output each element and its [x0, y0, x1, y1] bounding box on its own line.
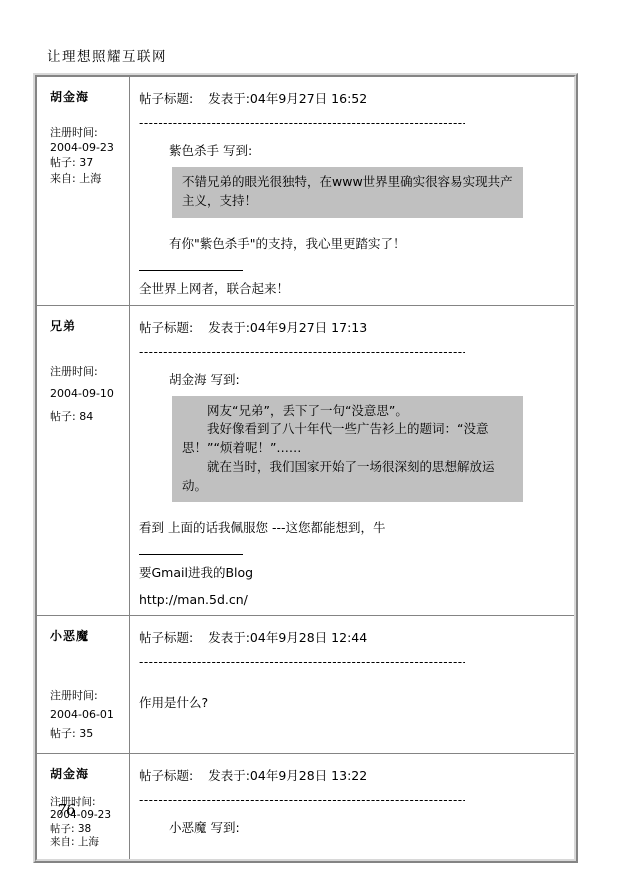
author-post-count: 帖子: 38	[50, 823, 125, 836]
author-name: 胡金海	[50, 88, 125, 105]
quote-paragraph: 就在当时，我们国家开始了一场很深刻的思想解放运动。	[182, 458, 513, 496]
quote-header: 紫色杀手 写到:	[139, 141, 562, 159]
author-registered-label: 注册时间:	[50, 361, 125, 384]
post-content-cell: 帖子标题: 发表于:04年9月28日 13:22 ---------------…	[130, 754, 574, 859]
page-title: 让理想照耀互联网	[47, 45, 167, 65]
signature-line: 全世界上网者，联合起来！	[139, 279, 562, 297]
post-row: 小恶魔 注册时间: 2004-06-01 帖子: 35 帖子标题: 发表于:04…	[37, 615, 574, 753]
signature-separator	[139, 270, 243, 271]
post-content-cell: 帖子标题: 发表于:04年9月27日 17:13 ---------------…	[130, 306, 574, 616]
post-title-label: 帖子标题:	[139, 318, 193, 336]
post-body: 有你"紫色杀手"的支持，我心里更踏实了！	[139, 234, 562, 252]
quote-header: 胡金海 写到:	[139, 370, 562, 388]
page-number: 76	[57, 803, 75, 819]
post-body: 看到 上面的话我佩服您 ---这您都能想到，牛	[139, 518, 562, 536]
quote-paragraph: 不错兄弟的眼光很独特，在www世界里确实很容易实现共产主义，支持！	[182, 173, 513, 211]
quote-header: 小恶魔 写到:	[139, 818, 562, 836]
author-info: 注册时间: 2004-06-01 帖子: 35	[50, 687, 125, 743]
post-title-line: 帖子标题: 发表于:04年9月28日 12:44	[139, 628, 562, 646]
signature-url: http://man.5d.cn/	[139, 592, 562, 607]
post-author-cell: 胡金海 注册时间: 2004-09-23 帖子: 37 来自: 上海	[37, 77, 130, 305]
author-info: 注册时间: 2004-09-10 帖子: 84	[50, 361, 125, 429]
author-name: 兄弟	[50, 317, 125, 334]
post-author-cell: 胡金海 注册时间: 2004-09-23 帖子: 38 来自: 上海	[37, 754, 130, 859]
forum-posts-table: 胡金海 注册时间: 2004-09-23 帖子: 37 来自: 上海 帖子标题:…	[33, 73, 578, 863]
post-row: 胡金海 注册时间: 2004-09-23 帖子: 37 来自: 上海 帖子标题:…	[37, 77, 574, 305]
author-post-count: 帖子: 37	[50, 155, 125, 170]
dashed-separator: ----------------------------------------…	[139, 794, 465, 807]
quote-paragraph: 网友“兄弟”，丢下了一句“没意思”。	[182, 402, 513, 421]
author-post-count: 帖子: 35	[50, 725, 125, 744]
post-date: 发表于:04年9月28日 13:22	[208, 766, 367, 784]
post-title-label: 帖子标题:	[139, 766, 193, 784]
post-date: 发表于:04年9月27日 16:52	[208, 89, 367, 107]
post-content-cell: 帖子标题: 发表于:04年9月28日 12:44 ---------------…	[130, 616, 574, 753]
post-author-cell: 小恶魔 注册时间: 2004-06-01 帖子: 35	[37, 616, 130, 753]
post-author-cell: 兄弟 注册时间: 2004-09-10 帖子: 84	[37, 306, 130, 616]
post-row: 胡金海 注册时间: 2004-09-23 帖子: 38 来自: 上海 帖子标题:…	[37, 753, 574, 859]
post-date: 发表于:04年9月27日 17:13	[208, 318, 367, 336]
quote-paragraph: 我好像看到了八十年代一些广告衫上的题词：“没意思！”“烦着呢！”……	[182, 420, 513, 458]
post-date: 发表于:04年9月28日 12:44	[208, 628, 367, 646]
post-content-cell: 帖子标题: 发表于:04年9月27日 16:52 ---------------…	[130, 77, 574, 305]
author-location: 来自: 上海	[50, 171, 125, 186]
dashed-separator: ----------------------------------------…	[139, 346, 465, 359]
signature-line: 要Gmail进我的Blog	[139, 563, 562, 581]
author-post-count: 帖子: 84	[50, 406, 125, 429]
author-name: 小恶魔	[50, 627, 125, 644]
post-body: 作用是什么?	[139, 693, 562, 711]
signature-separator	[139, 554, 243, 555]
author-registered-label: 注册时间:	[50, 125, 125, 140]
dashed-separator: ----------------------------------------…	[139, 656, 465, 669]
dashed-separator: ----------------------------------------…	[139, 117, 465, 130]
quote-box: 不错兄弟的眼光很独特，在www世界里确实很容易实现共产主义，支持！	[172, 167, 523, 218]
post-title-line: 帖子标题: 发表于:04年9月27日 16:52	[139, 89, 562, 107]
post-title-label: 帖子标题:	[139, 628, 193, 646]
author-registered-label: 注册时间:	[50, 687, 125, 706]
author-location: 来自: 上海	[50, 836, 125, 849]
author-registered-date: 2004-09-10	[50, 383, 125, 406]
quote-box: 网友“兄弟”，丢下了一句“没意思”。 我好像看到了八十年代一些广告衫上的题词：“…	[172, 396, 523, 503]
author-name: 胡金海	[50, 765, 125, 782]
author-registered-date: 2004-06-01	[50, 706, 125, 725]
post-title-line: 帖子标题: 发表于:04年9月28日 13:22	[139, 766, 562, 784]
post-title-label: 帖子标题:	[139, 89, 193, 107]
author-registered-date: 2004-09-23	[50, 140, 125, 155]
post-row: 兄弟 注册时间: 2004-09-10 帖子: 84 帖子标题: 发表于:04年…	[37, 305, 574, 616]
author-info: 注册时间: 2004-09-23 帖子: 37 来自: 上海	[50, 125, 125, 186]
post-title-line: 帖子标题: 发表于:04年9月27日 17:13	[139, 318, 562, 336]
